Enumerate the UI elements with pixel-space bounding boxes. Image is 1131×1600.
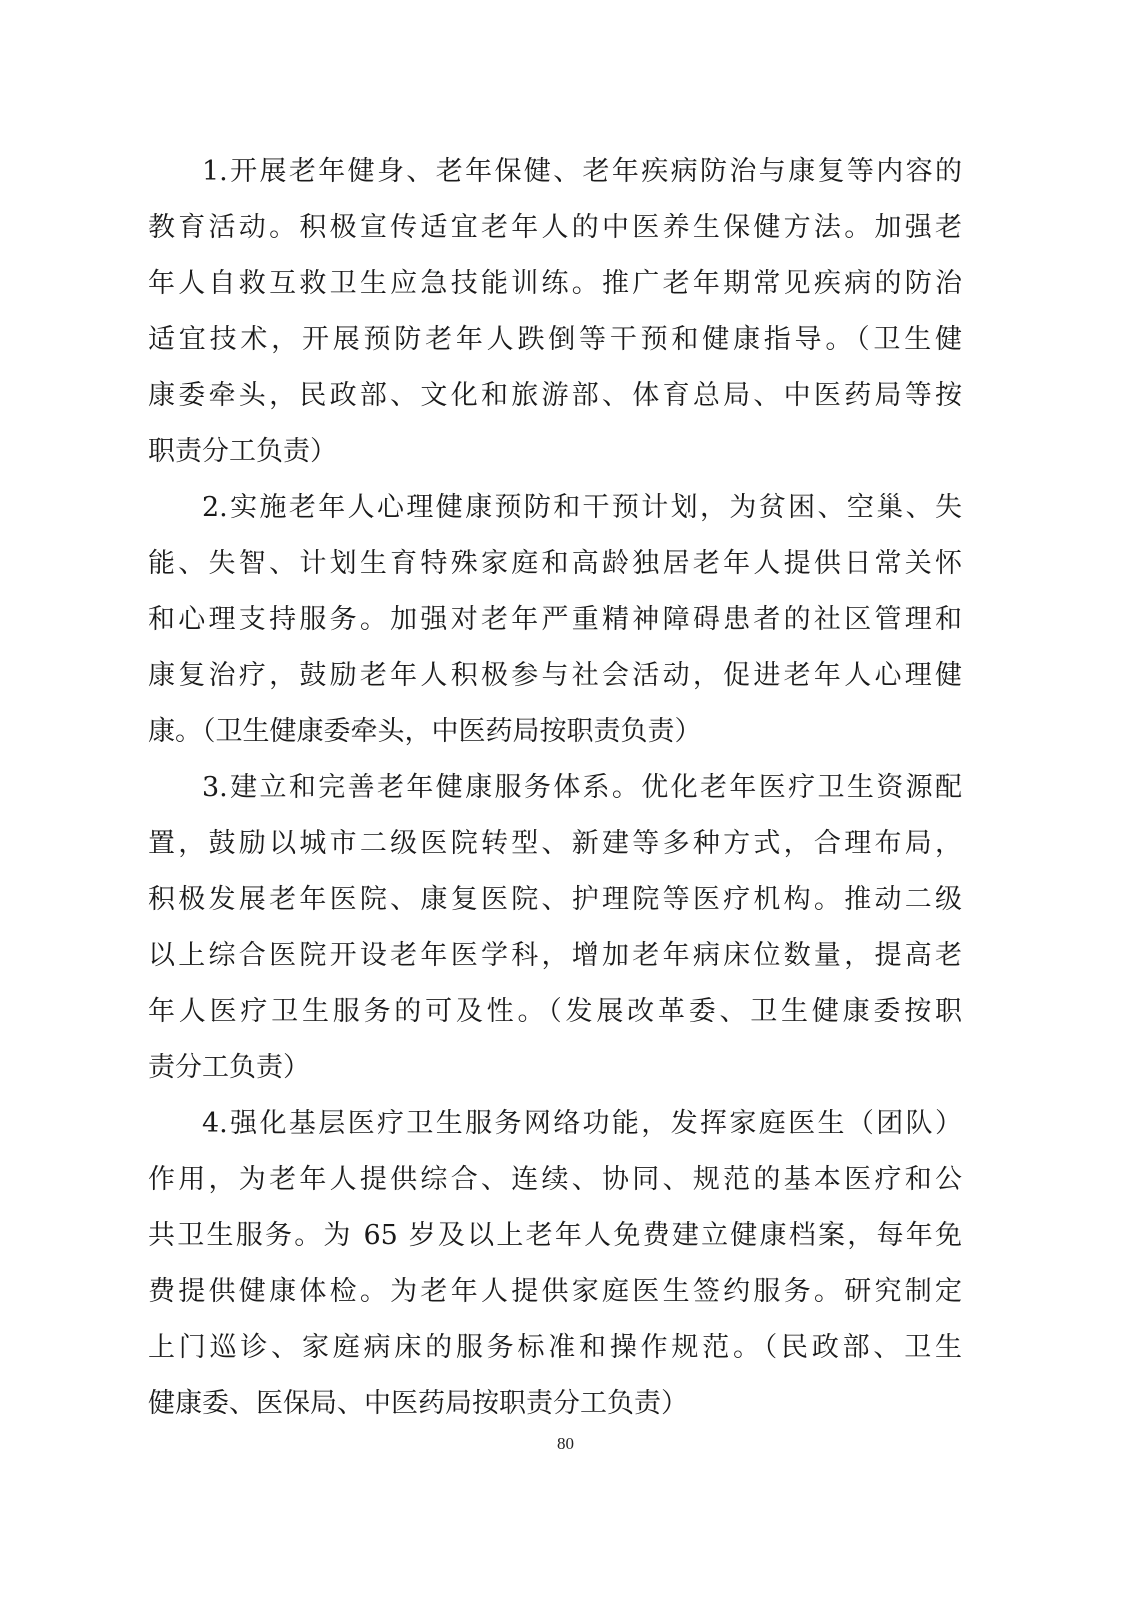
text-line: 置，鼓励以城市二级医院转型、新建等多种方式，合理布局， bbox=[148, 816, 962, 872]
text-line: 能、失智、计划生育特殊家庭和高龄独居老年人提供日常关怀 bbox=[148, 536, 962, 592]
text-line: 积极发展老年医院、康复医院、护理院等医疗机构。推动二级 bbox=[148, 872, 962, 928]
text-line: 费提供健康体检。为老年人提供家庭医生签约服务。研究制定 bbox=[148, 1264, 962, 1320]
text-line: 责分工负责） bbox=[148, 1040, 962, 1096]
text-line: 康复治疗，鼓励老年人积极参与社会活动，促进老年人心理健 bbox=[148, 648, 962, 704]
text-line: 年人医疗卫生服务的可及性。（发展改革委、卫生健康委按职 bbox=[148, 984, 962, 1040]
document-page: 1.开展老年健身、老年保健、老年疾病防治与康复等内容的 教育活动。积极宣传适宜老… bbox=[0, 0, 1131, 1600]
text-line: 作用，为老年人提供综合、连续、协同、规范的基本医疗和公 bbox=[148, 1152, 962, 1208]
text-line: 和心理支持服务。加强对老年严重精神障碍患者的社区管理和 bbox=[148, 592, 962, 648]
text-line: 适宜技术，开展预防老年人跌倒等干预和健康指导。（卫生健 bbox=[148, 312, 962, 368]
text-line: 康。（卫生健康委牵头，中医药局按职责负责） bbox=[148, 704, 962, 760]
text-line: 1.开展老年健身、老年保健、老年疾病防治与康复等内容的 bbox=[202, 144, 962, 200]
text-line: 共卫生服务。为 65 岁及以上老年人免费建立健康档案，每年免 bbox=[148, 1208, 962, 1264]
text-line: 职责分工负责） bbox=[148, 424, 962, 480]
text-line: 教育活动。积极宣传适宜老年人的中医养生保健方法。加强老 bbox=[148, 200, 962, 256]
text-line: 4.强化基层医疗卫生服务网络功能，发挥家庭医生（团队） bbox=[202, 1096, 962, 1152]
text-line: 健康委、医保局、中医药局按职责分工负责） bbox=[148, 1376, 962, 1432]
text-line: 年人自救互救卫生应急技能训练。推广老年期常见疾病的防治 bbox=[148, 256, 962, 312]
text-line: 以上综合医院开设老年医学科，增加老年病床位数量，提高老 bbox=[148, 928, 962, 984]
text-line: 康委牵头，民政部、文化和旅游部、体育总局、中医药局等按 bbox=[148, 368, 962, 424]
text-line: 3.建立和完善老年健康服务体系。优化老年医疗卫生资源配 bbox=[202, 760, 962, 816]
page-number: 80 bbox=[0, 1432, 1131, 1456]
text-line: 2.实施老年人心理健康预防和干预计划，为贫困、空巢、失 bbox=[202, 480, 962, 536]
text-line: 上门巡诊、家庭病床的服务标准和操作规范。（民政部、卫生 bbox=[148, 1320, 962, 1376]
